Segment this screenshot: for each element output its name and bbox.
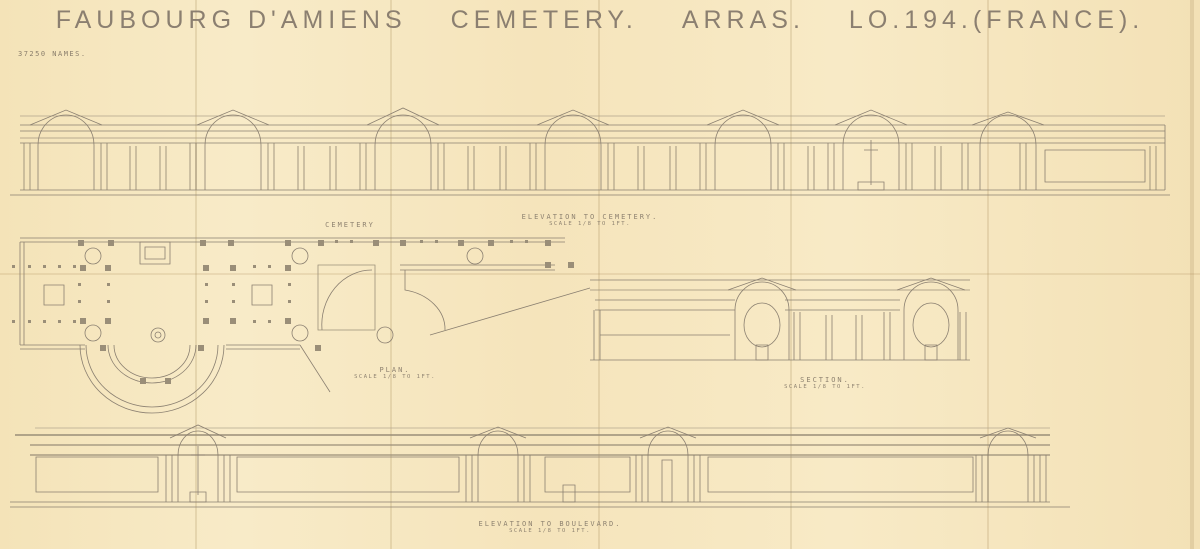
elevation-cemetery-drawing — [10, 108, 1170, 195]
elevation-boulevard-caption: ELEVATION TO BOULEVARD. SCALE 1/8 TO 1FT… — [440, 520, 660, 534]
view-label: ELEVATION TO BOULEVARD. — [440, 520, 660, 528]
view-label: PLAN. — [340, 366, 450, 374]
elevation-cemetery-caption: ELEVATION TO CEMETERY. SCALE 1/8 TO 1FT. — [470, 213, 710, 227]
architectural-linework — [0, 0, 1200, 549]
plan-cemetery-label: CEMETERY — [295, 221, 405, 229]
scale-label: SCALE 1/8 TO 1FT. — [440, 528, 660, 534]
plan-drawing — [12, 238, 590, 413]
cemetery-side-label: CEMETERY — [295, 221, 405, 229]
view-label: ELEVATION TO CEMETERY. — [470, 213, 710, 221]
scale-label: SCALE 1/8 TO 1FT. — [770, 384, 880, 390]
drawing-sheet: FAUBOURG D'AMIENSCEMETERY.ARRAS.LO.194.(… — [0, 0, 1200, 549]
elevation-boulevard-drawing — [10, 425, 1070, 507]
scale-label: SCALE 1/8 TO 1FT. — [340, 374, 450, 380]
section-drawing — [590, 278, 970, 360]
plan-caption: PLAN. SCALE 1/8 TO 1FT. — [340, 366, 450, 380]
scale-label: SCALE 1/8 TO 1FT. — [470, 221, 710, 227]
section-caption: SECTION. SCALE 1/8 TO 1FT. — [770, 376, 880, 390]
view-label: SECTION. — [770, 376, 880, 384]
